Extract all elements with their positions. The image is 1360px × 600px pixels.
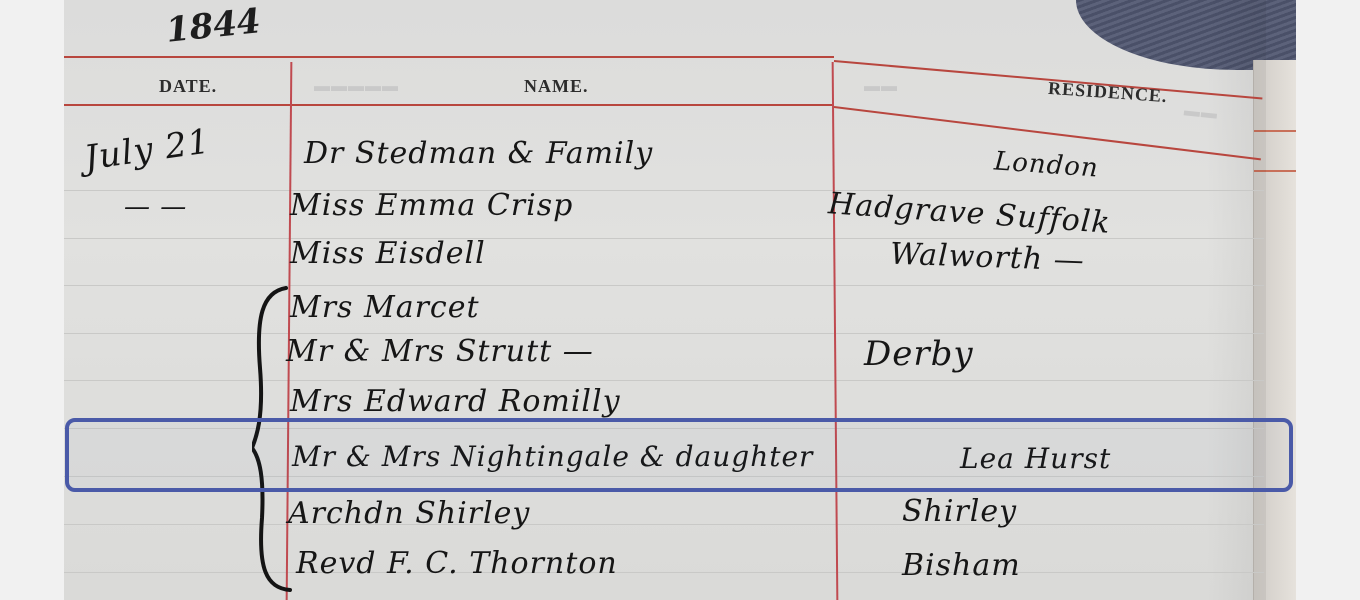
register-residence: Shirley: [902, 494, 1017, 529]
register-residence: London: [993, 146, 1100, 183]
date-entry: July 21: [82, 121, 213, 178]
register-name: Revd F. C. Thornton: [296, 546, 618, 581]
year-heading: 1844: [164, 1, 262, 51]
register-residence: Walworth —: [889, 237, 1085, 279]
ledger-line: [64, 572, 1264, 573]
page-curl-shadow: [1206, 0, 1266, 600]
faded-column-header: ▬▬: [1183, 102, 1219, 123]
ledger-line: [64, 333, 1264, 334]
ledger-line: [64, 524, 1264, 525]
register-residence: Bisham: [902, 548, 1021, 583]
register-name: Dr Stedman & Family: [304, 136, 653, 171]
column-header-residence: RESIDENCE.: [1047, 78, 1168, 107]
header-rule-top: [64, 56, 834, 58]
register-photo: 1844 DATE. ▬▬▬▬▬ NAME. ▬▬ RESIDENCE. ▬▬ …: [64, 0, 1296, 600]
faded-column-header: ▬▬▬▬▬: [314, 78, 399, 96]
highlight-box: [65, 418, 1293, 492]
register-name: Mrs Marcet: [290, 290, 480, 325]
header-rule-bottom: [64, 104, 834, 106]
date-ditto: — —: [124, 192, 187, 222]
column-header-name: NAME.: [524, 76, 589, 97]
faded-column-header: ▬▬: [864, 78, 898, 96]
column-divider: [832, 62, 838, 600]
ledger-line: [64, 380, 1264, 381]
register-residence: Derby: [864, 334, 974, 374]
ledger-line: [64, 285, 1264, 286]
register-name: Archdn Shirley: [288, 496, 530, 531]
column-header-date: DATE.: [159, 76, 217, 97]
register-name: Miss Eisdell: [290, 236, 486, 271]
register-residence: Hadgrave Suffolk: [827, 186, 1112, 241]
ledger-line: [64, 190, 1264, 191]
register-name: Miss Emma Crisp: [290, 188, 573, 223]
register-name: Mr & Mrs Strutt —: [286, 334, 594, 369]
register-name: Mrs Edward Romilly: [290, 384, 621, 419]
